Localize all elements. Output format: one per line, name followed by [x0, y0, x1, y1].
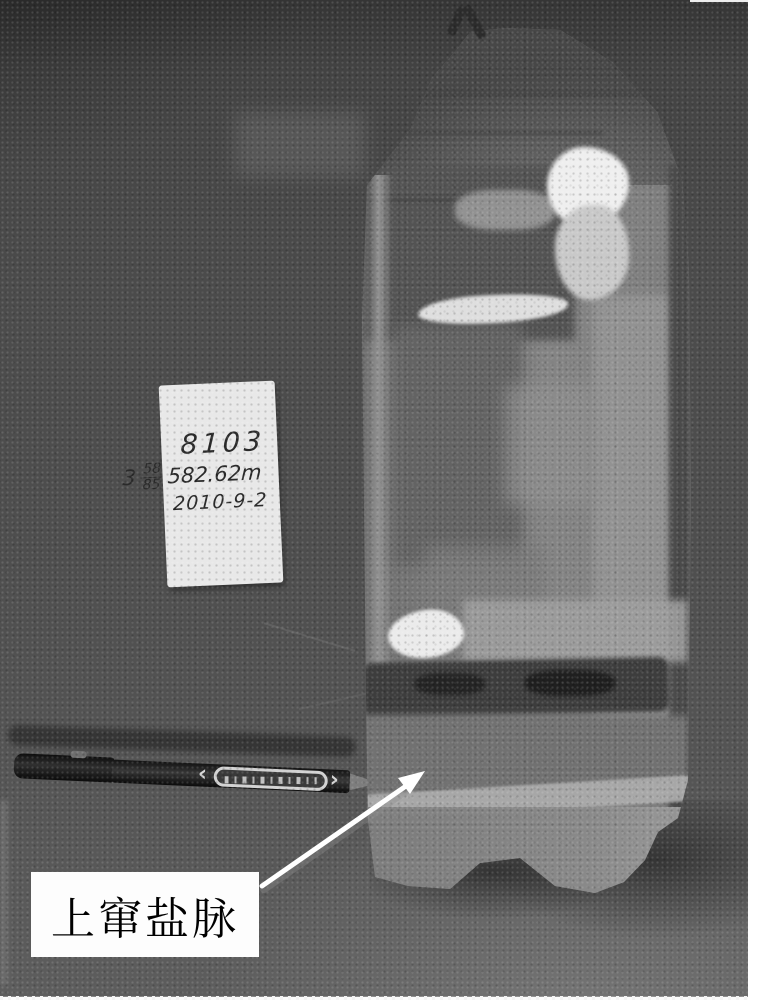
- drill-core-sample: [355, 25, 695, 900]
- card-handwriting: 8103 3 58 85 582.62m 2010-9-2: [120, 426, 323, 543]
- page-margin-right: [748, 0, 757, 1000]
- pen-clip: [70, 751, 86, 759]
- figure-page: 8103 3 58 85 582.62m 2010-9-2 ‹: [0, 0, 757, 1000]
- card-core-depth-line: 3 58 85 582.62m: [122, 455, 321, 494]
- core-label-card: 8103 3 58 85 582.62m 2010-9-2: [159, 381, 284, 588]
- pen-label-text-marks: [225, 776, 317, 784]
- card-depth: 582.62m: [167, 462, 262, 487]
- background-smudge: [235, 112, 365, 177]
- card-core-prefix: 3: [122, 467, 136, 489]
- card-piece-fraction: 58 85: [140, 461, 163, 492]
- annotation-callout-box: 上窜盐脉: [31, 872, 259, 957]
- pen-cap: [13, 753, 114, 783]
- page-margin-bottom: [0, 996, 748, 1000]
- pen-label-right-chevron: ›: [329, 770, 339, 790]
- background-scratch: [299, 692, 370, 710]
- fraction-denominator: 85: [142, 478, 160, 493]
- page-margin-top: [690, 0, 748, 2]
- pen-label-left-chevron: ‹: [197, 764, 207, 784]
- core-sample-photo: 8103 3 58 85 582.62m 2010-9-2 ‹: [0, 0, 748, 997]
- annotation-label: 上窜盐脉: [51, 883, 239, 947]
- background-light-edge: [0, 800, 8, 985]
- rock-texture: [355, 25, 695, 900]
- background-scratch: [264, 622, 355, 652]
